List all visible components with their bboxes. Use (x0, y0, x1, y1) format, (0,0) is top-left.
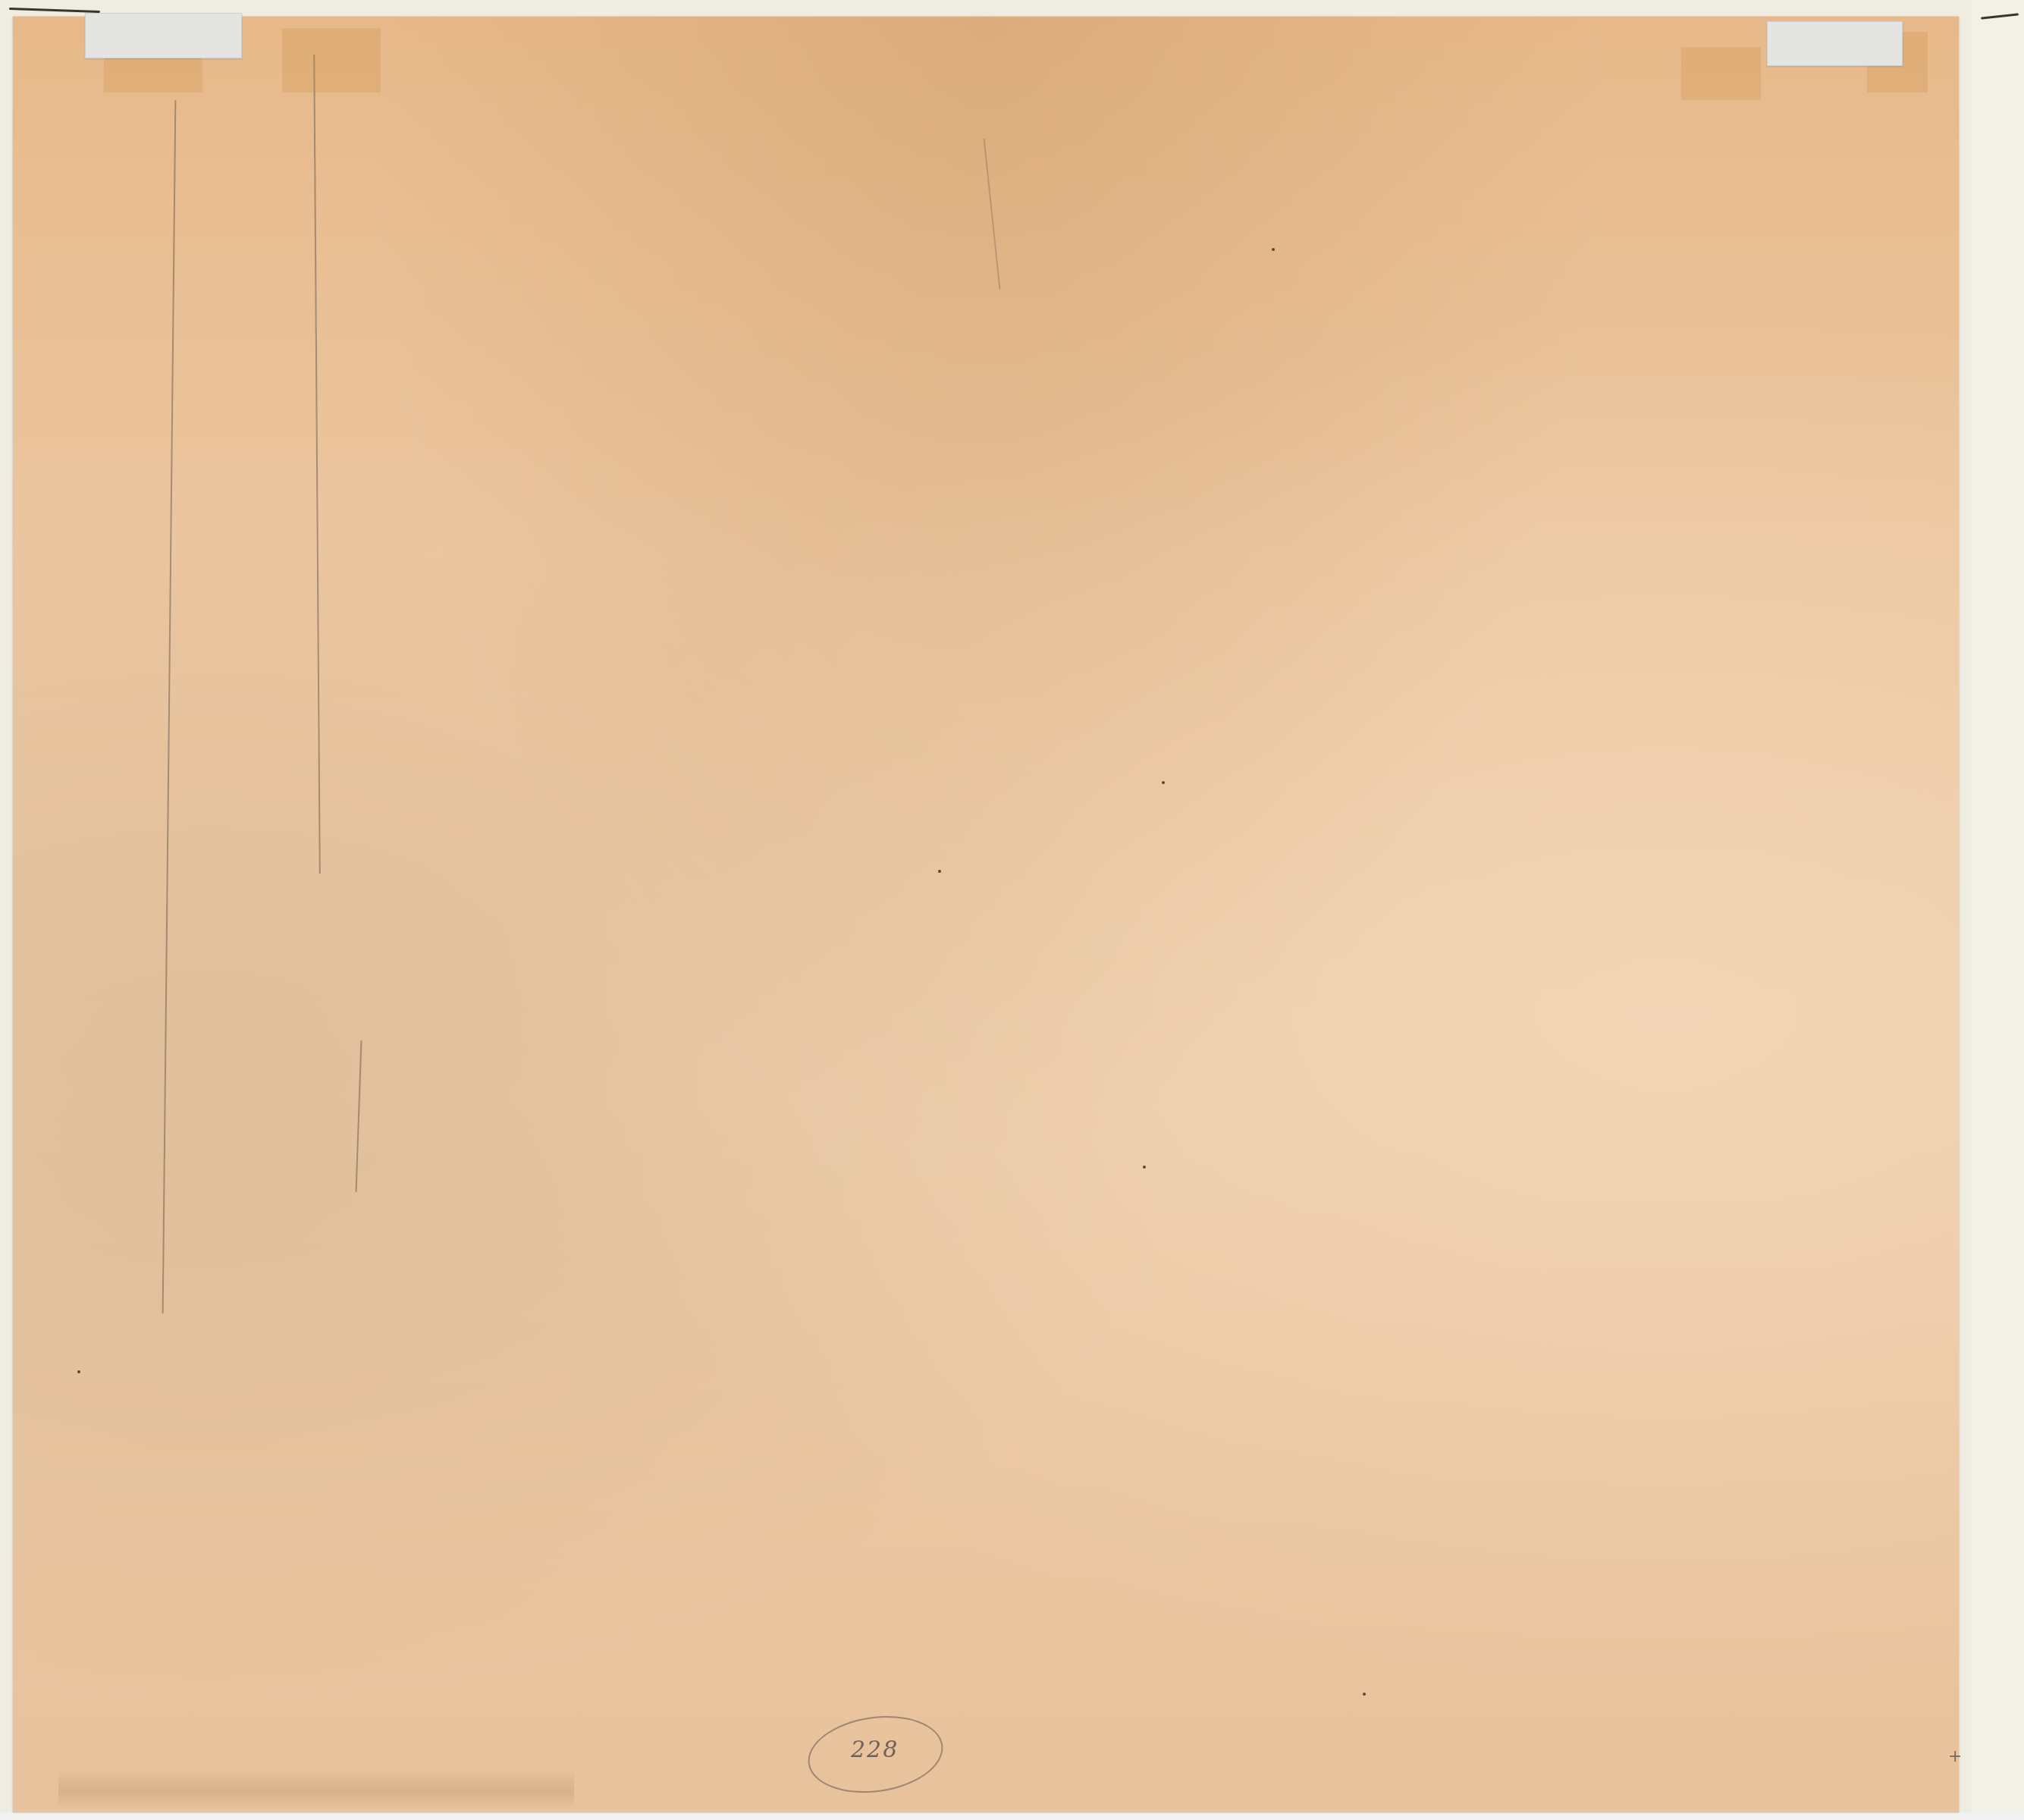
tape-residue-left-2 (282, 28, 381, 93)
speck (1363, 1693, 1366, 1696)
crease-mid-left (313, 55, 324, 874)
mount-board-right (1972, 0, 2024, 1820)
circled-number: 228 (851, 1737, 899, 1763)
corner-mark: + (1948, 1747, 1962, 1766)
speck (1272, 248, 1275, 251)
tape-hinge-left (85, 13, 242, 58)
speck (1162, 781, 1165, 784)
crease-center (984, 138, 1004, 290)
paper-sheet: 228 + (13, 17, 1959, 1812)
tape-hinge-right (1767, 21, 1903, 66)
speck (938, 870, 941, 873)
tape-residue-right (1681, 47, 1761, 100)
wire-left (9, 8, 100, 13)
crease-lower-left (356, 1040, 366, 1192)
bottom-edge-wear (58, 1768, 574, 1806)
crease-left (162, 100, 180, 1313)
mount-board-bottom (0, 1812, 2024, 1820)
speck (1143, 1166, 1146, 1169)
tape-residue-left (104, 58, 202, 93)
speck (77, 1370, 80, 1373)
